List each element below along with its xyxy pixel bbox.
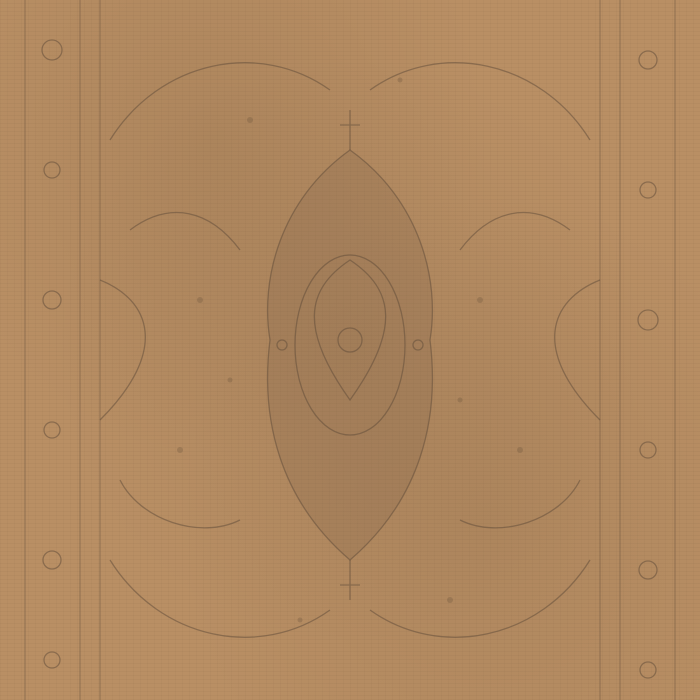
rug-texture — [0, 0, 700, 700]
center-medallion — [268, 110, 433, 600]
rug-pattern — [0, 0, 700, 700]
